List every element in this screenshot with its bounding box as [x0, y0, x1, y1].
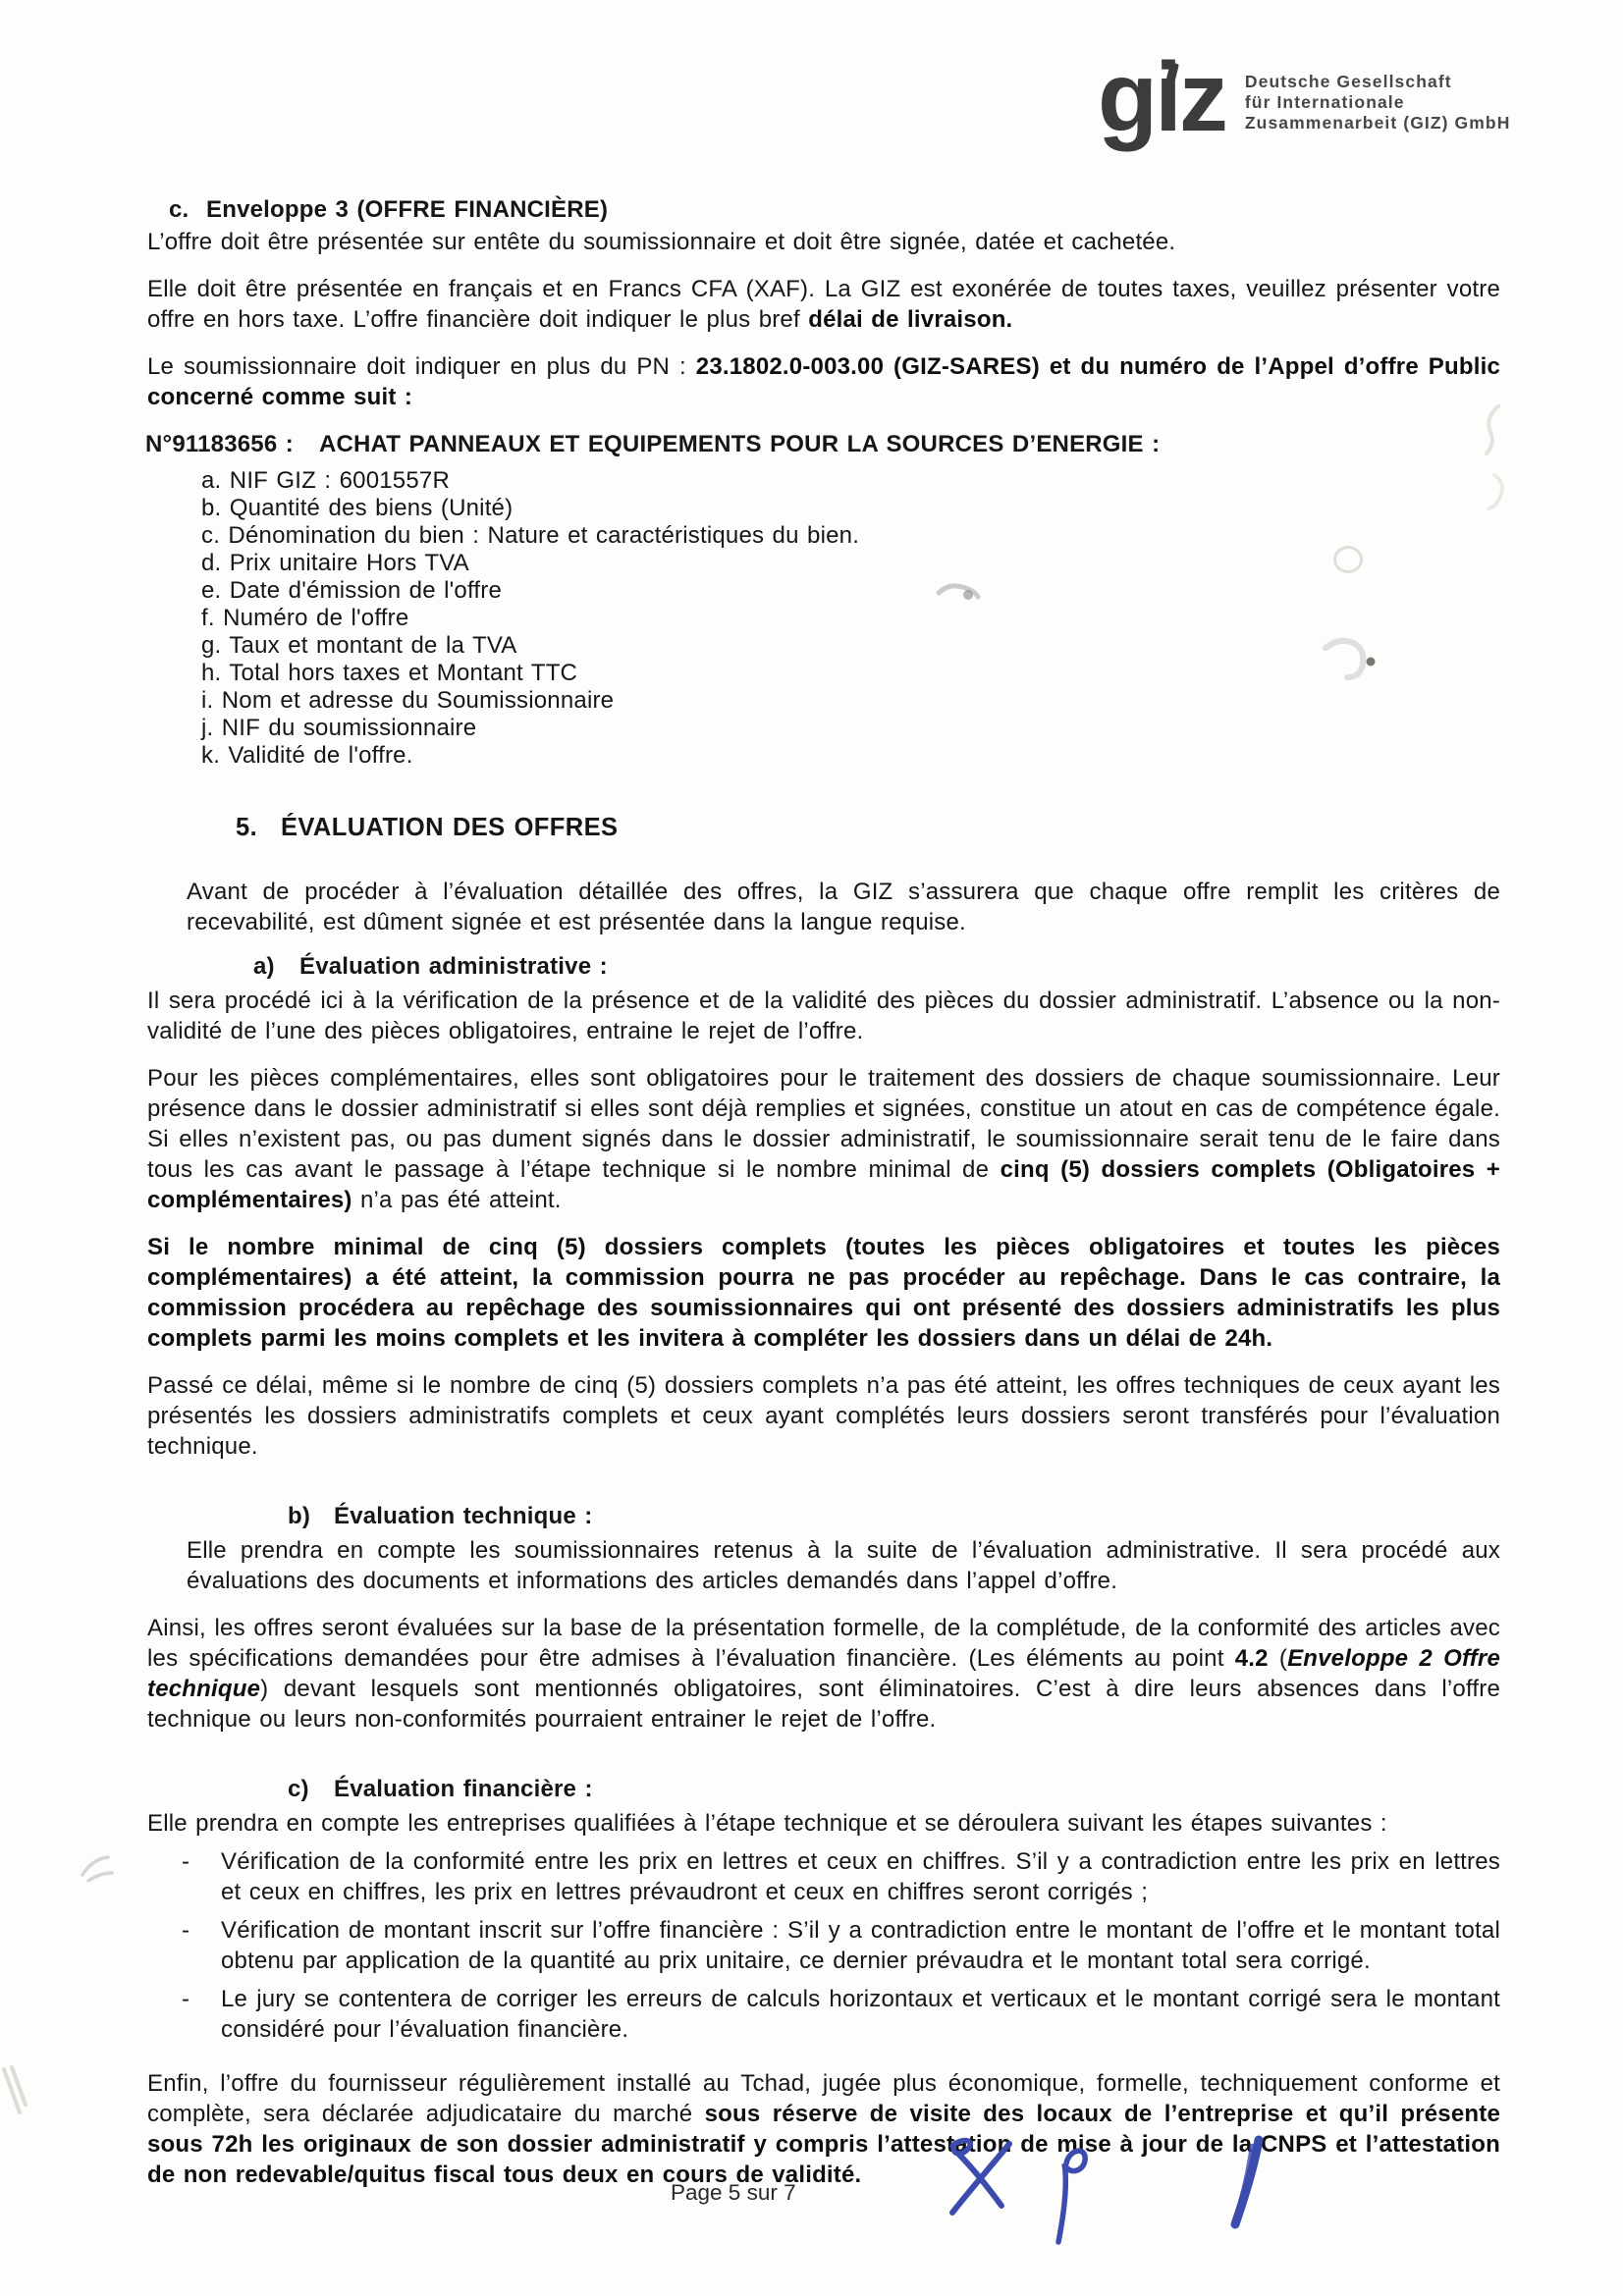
heading-evaluation-technique: b)Évaluation technique : — [288, 1501, 1623, 1531]
paragraph-intro-evaluation: Avant de procéder à l’évaluation détaill… — [187, 877, 1500, 937]
ink-x-mark — [952, 2140, 970, 2153]
dash-marker: - — [182, 1984, 221, 2045]
heading-enveloppe-3-label: c. — [169, 194, 206, 225]
list-item: k. Validité de l'offre. — [201, 742, 1623, 770]
list-item: a. NIF GIZ : 6001557R — [201, 467, 1623, 495]
ref-number: N°91183656 : — [145, 431, 294, 457]
giz-org-line: für Internationale — [1245, 92, 1511, 113]
heading-appel-offre-ref: N°91183656 :ACHAT PANNEAUX ET EQUIPEMENT… — [145, 429, 1623, 459]
heading-evaluation-financiere: c)Évaluation financière : — [288, 1774, 1623, 1804]
paragraph-francs-cfa: Elle doit être présentée en français et … — [147, 274, 1500, 335]
subheading-title: Évaluation technique : — [334, 1503, 592, 1529]
ink-hook-mark — [1058, 2151, 1085, 2242]
list-offre-items: a. NIF GIZ : 6001557R b. Quantité des bi… — [201, 467, 1623, 770]
list-item: i. Nom et adresse du Soumissionnaire — [201, 687, 1623, 715]
subheading-label: a) — [253, 951, 299, 982]
giz-wordmark-text: giz — [1098, 42, 1225, 152]
giz-org-name: Deutsche Gesellschaft für Internationale… — [1245, 72, 1511, 133]
paragraph-offre-entete: L’offre doit être présentée sur entête d… — [147, 227, 1500, 257]
bullet-jury-corrections: - Le jury se contentera de corriger les … — [182, 1984, 1500, 2045]
dash-marker: - — [182, 1915, 221, 1976]
bullet-text: Vérification de la conformité entre les … — [221, 1846, 1500, 1907]
handwritten-initials — [913, 2110, 1306, 2277]
paragraph-financiere-intro: Elle prendra en compte les entreprises q… — [147, 1808, 1500, 1839]
bold-delai-livraison: délai de livraison. — [808, 306, 1012, 333]
heading-5-title: ÉVALUATION DES OFFRES — [281, 814, 618, 841]
document-body: c.Enveloppe 3 (OFFRE FINANCIÈRE) L’offre… — [0, 194, 1623, 2190]
ref-title: ACHAT PANNEAUX ET EQUIPEMENTS POUR LA SO… — [319, 431, 1160, 457]
heading-enveloppe-3-title: Enveloppe 3 (OFFRE FINANCIÈRE) — [206, 196, 608, 223]
paragraph-admin-2: Pour les pièces complémentaires, elles s… — [147, 1063, 1500, 1215]
paragraph-technique-2: Ainsi, les offres seront évaluées sur la… — [147, 1613, 1500, 1735]
paragraph-text: Le soumissionnaire doit indiquer en plus… — [147, 353, 696, 380]
document-page: giz Deutsche Gesellschaft für Internatio… — [0, 0, 1623, 2296]
subheading-title: Évaluation administrative : — [299, 953, 608, 980]
giz-org-line: Deutsche Gesellschaft — [1245, 72, 1511, 92]
list-item: b. Quantité des biens (Unité) — [201, 495, 1623, 522]
heading-evaluation-administrative: a)Évaluation administrative : — [253, 951, 1623, 982]
heading-evaluation-des-offres: 5.ÉVALUATION DES OFFRES — [236, 813, 1623, 843]
paragraph-text: Avant de procéder à l’évaluation détaill… — [187, 879, 1500, 935]
dash-marker: - — [182, 1846, 221, 1907]
list-item: e. Date d'émission de l'offre — [201, 577, 1623, 605]
list-item: h. Total hors taxes et Montant TTC — [201, 660, 1623, 687]
paragraph-text: L’offre doit être présentée sur entête d… — [147, 229, 1175, 255]
subheading-label: c) — [288, 1774, 334, 1804]
giz-org-line: Zusammenarbeit (GIZ) GmbH — [1245, 113, 1511, 133]
bullet-text: Le jury se contentera de corriger les er… — [221, 1984, 1500, 2045]
bullet-text: Vérification de montant inscrit sur l’of… — [221, 1915, 1500, 1976]
heading-enveloppe-3: c.Enveloppe 3 (OFFRE FINANCIÈRE) — [169, 194, 1623, 225]
paragraph-text: ( — [1269, 1645, 1287, 1672]
paragraph-admin-3-bold: Si le nombre minimal de cinq (5) dossier… — [147, 1232, 1500, 1354]
page-number: Page 5 sur 7 — [671, 2180, 796, 2206]
paragraph-text: Il sera procédé ici à la vérification de… — [147, 988, 1500, 1044]
paragraph-text: ) devant lesquels sont mentionnés obliga… — [147, 1676, 1500, 1733]
giz-logo: giz Deutsche Gesellschaft für Internatio… — [1098, 57, 1510, 151]
heading-5-number: 5. — [236, 813, 281, 843]
bullet-verification-montant: - Vérification de montant inscrit sur l’… — [182, 1915, 1500, 1976]
bold-point-4-2: 4.2 — [1235, 1645, 1269, 1672]
paragraph-text: Elle prendra en compte les entreprises q… — [147, 1810, 1387, 1837]
bold-repechage: Si le nombre minimal de cinq (5) dossier… — [147, 1234, 1500, 1352]
giz-wordmark: giz — [1098, 57, 1225, 151]
paragraph-text: Passé ce délai, même si le nombre de cin… — [147, 1372, 1500, 1460]
paragraph-pn-numero: Le soumissionnaire doit indiquer en plus… — [147, 351, 1500, 412]
subheading-title: Évaluation financière : — [334, 1776, 593, 1802]
list-item: d. Prix unitaire Hors TVA — [201, 550, 1623, 577]
paragraph-technique-1: Elle prendra en compte les soumissionnai… — [187, 1535, 1500, 1596]
subheading-label: b) — [288, 1501, 334, 1531]
bullet-verification-prix: - Vérification de la conformité entre le… — [182, 1846, 1500, 1907]
list-item: g. Taux et montant de la TVA — [201, 632, 1623, 660]
paragraph-admin-1: Il sera procédé ici à la vérification de… — [147, 986, 1500, 1046]
list-item: f. Numéro de l'offre — [201, 605, 1623, 632]
paragraph-text: n’a pas été atteint. — [352, 1187, 562, 1213]
list-item: j. NIF du soumissionnaire — [201, 715, 1623, 742]
paragraph-admin-4: Passé ce délai, même si le nombre de cin… — [147, 1370, 1500, 1462]
paragraph-text: Elle prendra en compte les soumissionnai… — [187, 1537, 1500, 1594]
list-item: c. Dénomination du bien : Nature et cara… — [201, 522, 1623, 550]
